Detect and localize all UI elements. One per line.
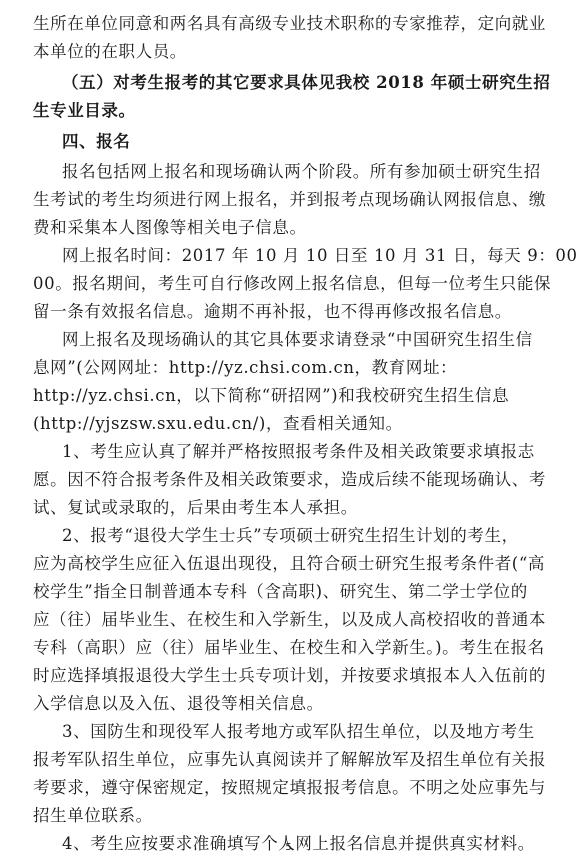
- list-item-3-cont: 报考军队招生单位，应事先认真阅读并了解解放军及招生单位有关报: [33, 750, 543, 770]
- document-page: 生所在单位同意和两名具有高级专业技术职称的专家推荐，定向就业 本单位的在职人员。…: [0, 0, 577, 853]
- section-heading: 四、报名: [62, 132, 572, 152]
- paragraph-line: 留一条有效报名信息。逾期不再补报，也不得再修改报名信息。: [33, 302, 543, 322]
- paragraph-line: 00。报名期间，考生可自行修改网上报名信息，但每一位考生只能保: [33, 274, 543, 294]
- paragraph-line: 生考试的考生均须进行网上报名，并到报考点现场确认网报信息、缴: [33, 190, 543, 210]
- paragraph-line-url: (http://yjszsw.sxu.edu.cn/)，查看相关通知。: [33, 414, 543, 434]
- list-item-3-cont: 招生单位联系。: [33, 806, 543, 826]
- paragraph-line-url: 息网”(公网网址：http://yz.chsi.com.cn，教育网址：: [33, 358, 543, 378]
- list-item-2-cont: 时应选择填报退役大学生士兵专项计划，并按要求填报本人入伍前的: [33, 666, 543, 686]
- paragraph-line: 网上报名时间：2017 年 10 月 10 日至 10 月 31 日，每天 9：…: [62, 246, 572, 266]
- list-item-3: 3、国防生和现役军人报考地方或军队招生单位，以及地方考生: [62, 722, 572, 742]
- list-item-1-cont: 试、复试或录取的，后果由考生本人承担。: [33, 498, 543, 518]
- paragraph-line: 报名包括网上报名和现场确认两个阶段。所有参加硕士研究生招: [62, 162, 572, 182]
- list-item-2-cont: 专科（高职）应（往）届毕业生、在校生和入学新生。)。考生在报名: [33, 638, 543, 658]
- paragraph-line-url: http://yz.chsi.cn，以下简称“研招网”)和我校研究生招生信息: [33, 386, 543, 406]
- page-number: 5: [0, 842, 577, 853]
- list-item-2: 2、报考“退役大学生士兵”专项硕士研究生招生计划的考生，: [62, 526, 572, 546]
- list-item-1: 1、考生应认真了解并严格按照报考条件及相关政策要求填报志: [62, 442, 572, 462]
- list-item-2-cont: 校学生”指全日制普通本专科（含高职)、研究生、第二学士学位的: [33, 582, 543, 602]
- subsection-heading: （五）对考生报考的其它要求具体见我校 2018 年硕士研究生招: [62, 73, 572, 93]
- list-item-2-cont: 入学信息以及入伍、退役等相关信息。: [33, 694, 543, 714]
- list-item-3-cont: 考要求，遵守保密规定，按照规定填报报考信息。不明之处应事先与: [33, 778, 543, 798]
- paragraph-line: 网上报名及现场确认的其它具体要求请登录“中国研究生招生信: [62, 330, 572, 350]
- list-item-2-cont: 应（往）届毕业生、在校生和入学新生，以及成人高校招收的普通本: [33, 610, 543, 630]
- list-item-2-cont: 应为高校学生应征入伍退出现役，且符合硕士研究生报考条件者(“高: [33, 554, 543, 574]
- paragraph-line: 费和采集本人图像等相关电子信息。: [33, 218, 543, 238]
- text-line: 生所在单位同意和两名具有高级专业技术职称的专家推荐，定向就业: [33, 14, 543, 34]
- list-item-1-cont: 愿。因不符合报考条件及相关政策要求，造成后续不能现场确认、考: [33, 470, 543, 490]
- text-line: 本单位的在职人员。: [33, 42, 543, 62]
- subsection-heading-cont: 生专业目录。: [33, 101, 543, 121]
